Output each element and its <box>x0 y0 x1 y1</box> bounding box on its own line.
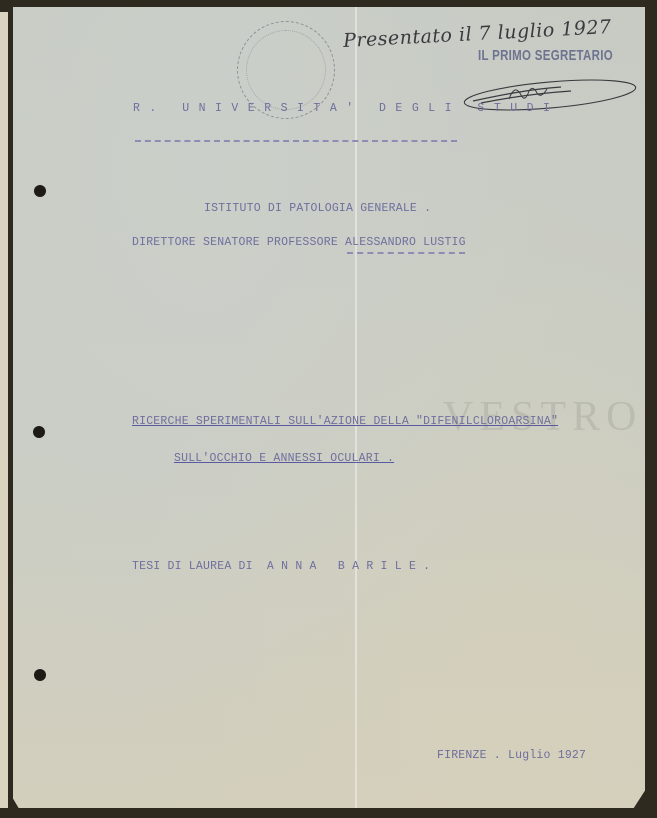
thesis-title-line-2: SULL'OCCHIO E ANNESSI OCULARI . <box>174 452 394 465</box>
director-line: DIRETTORE SENATORE PROFESSORE ALESSANDRO… <box>132 236 466 249</box>
university-rule-divider <box>135 140 457 142</box>
seal-inner-ring <box>246 30 326 110</box>
document-page: Presentato il 7 luglio 1927 IL PRIMO SEG… <box>13 7 645 808</box>
institute-name: ISTITUTO DI PATOLOGIA GENERALE . <box>204 202 431 215</box>
secretary-stamp: IL PRIMO SEGRETARIO <box>478 49 613 64</box>
paper-fold-crease <box>355 7 357 808</box>
punch-hole-icon <box>34 185 46 197</box>
punch-hole-icon <box>33 426 45 438</box>
adjacent-page-edge <box>0 12 8 808</box>
director-underline-divider <box>347 252 465 254</box>
place-date: FIRENZE . Luglio 1927 <box>437 749 586 762</box>
author-line: TESI DI LAUREA DI A N N A B A R I L E . <box>132 560 430 573</box>
handwritten-presentation-note: Presentato il 7 luglio 1927 <box>343 16 612 52</box>
university-name: R. UNIVERSITA' DEGLI STUDI <box>133 102 559 115</box>
thesis-title-line-1: RICERCHE SPERIMENTALI SULL'AZIONE DELLA … <box>132 415 558 428</box>
punch-hole-icon <box>34 669 46 681</box>
